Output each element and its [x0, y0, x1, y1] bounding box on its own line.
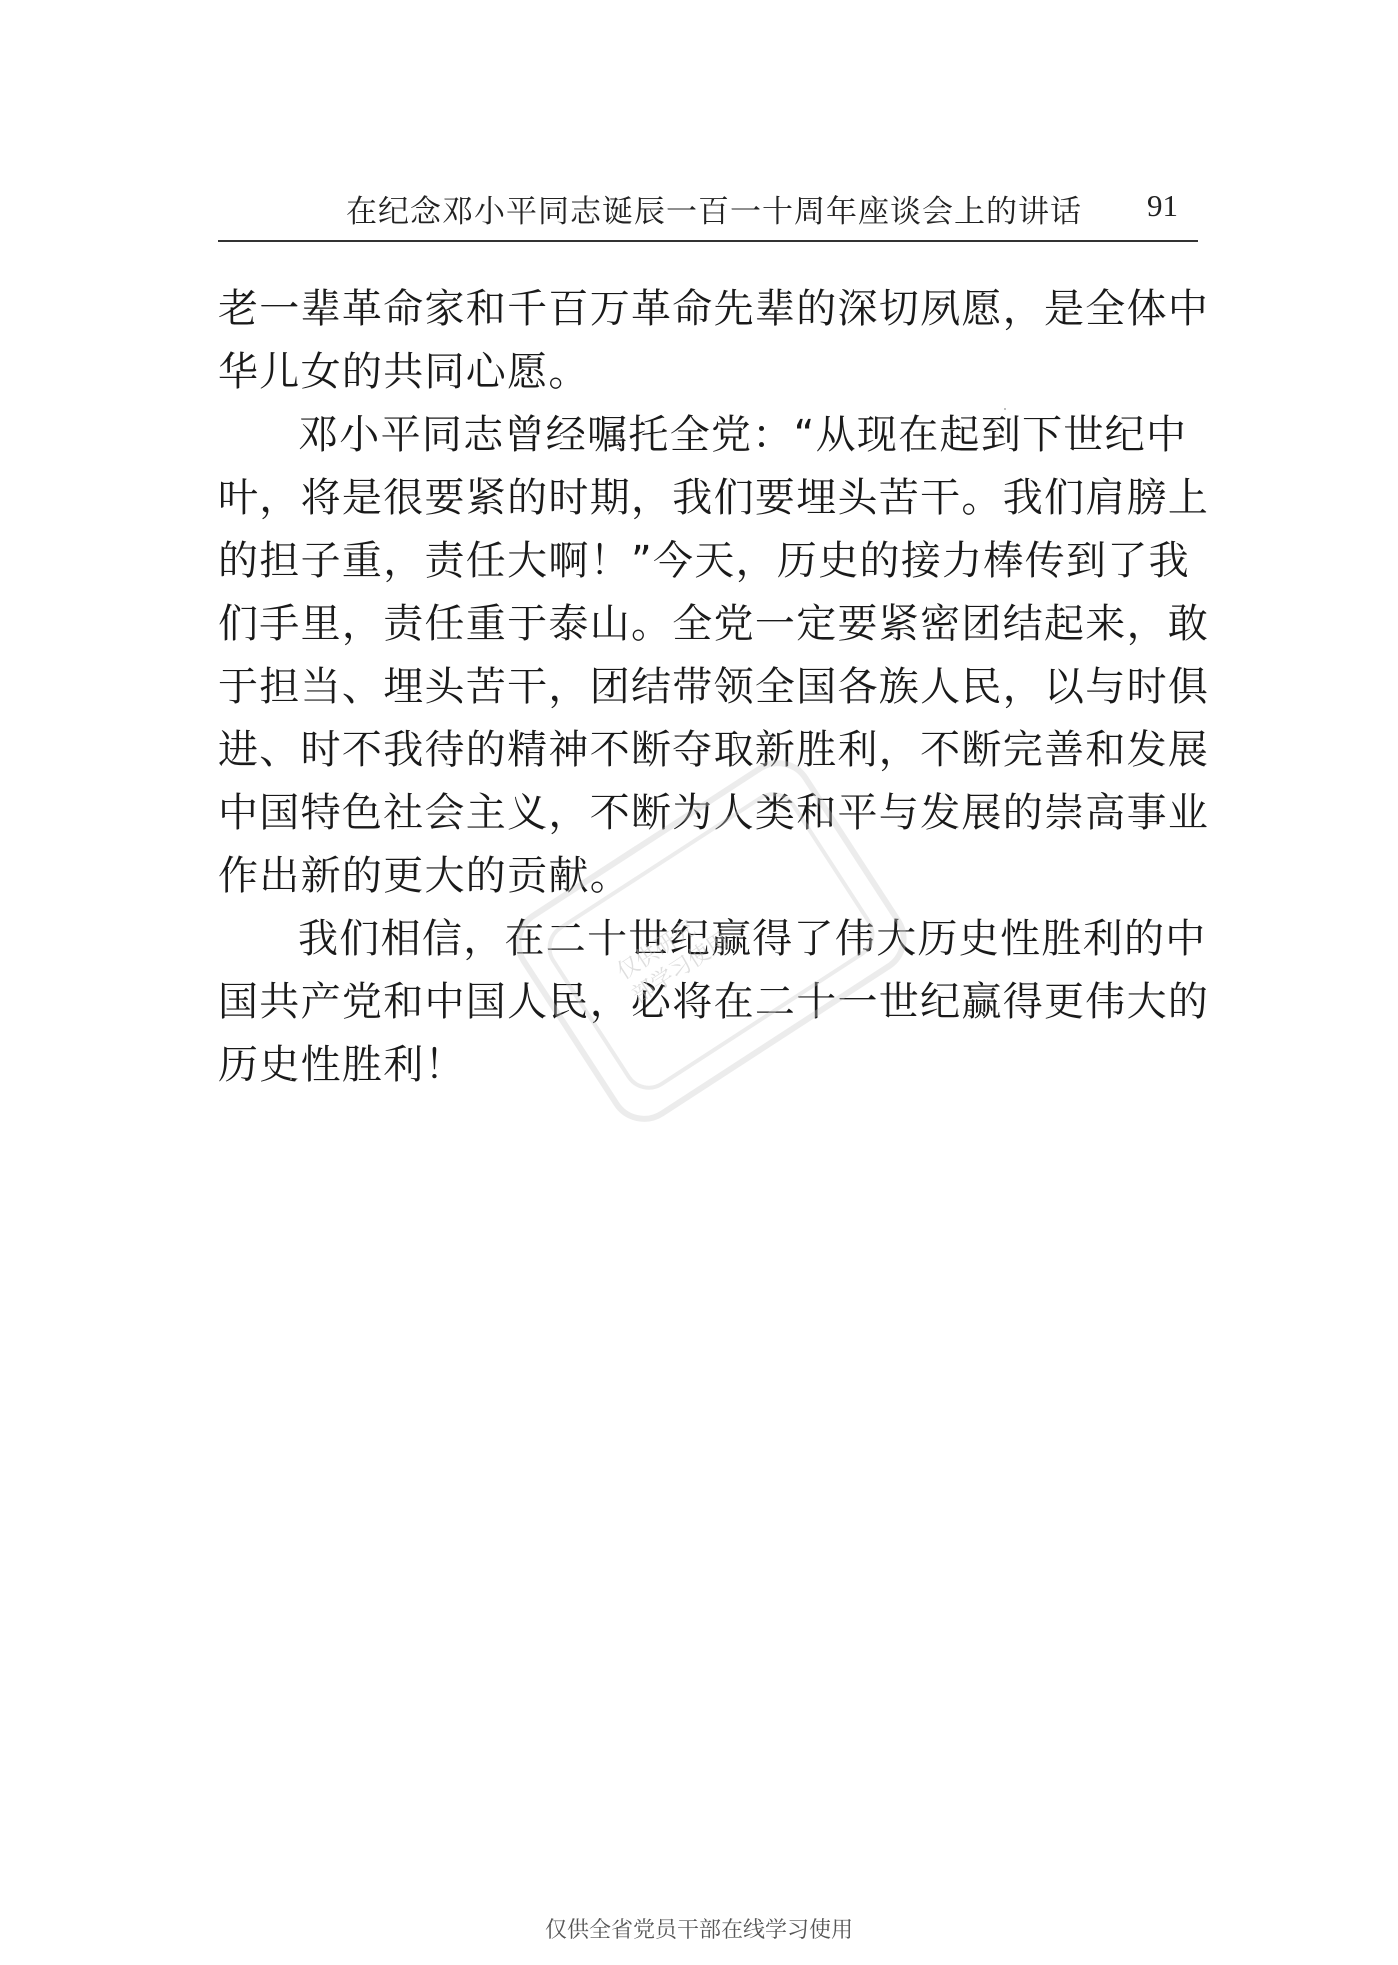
- scan-speck: [290, 1078, 292, 1080]
- page-number: 91: [1147, 188, 1178, 224]
- text-line: 们手里，责任重于泰山。全党一定要紧密团结起来，敢: [218, 593, 1198, 656]
- footer-notice: 仅供全省党员干部在线学习使用: [0, 1913, 1398, 1944]
- scan-speck: [1004, 408, 1006, 410]
- text-line: 历史性胜利！: [218, 1034, 1198, 1097]
- text-line: 国共产党和中国人民，必将在二十一世纪赢得更伟大的: [218, 971, 1198, 1034]
- header-rule-divider: [218, 240, 1198, 242]
- text-line: 的担子重，责任大啊！”今天，历史的接力棒传到了我: [218, 530, 1198, 593]
- text-line: 邓小平同志曾经嘱托全党：“从现在起到下世纪中: [218, 404, 1198, 467]
- text-line: 老一辈革命家和千百万革命先辈的深切夙愿，是全体中: [218, 278, 1198, 341]
- text-line: 进、时不我待的精神不断夺取新胜利，不断完善和发展: [218, 719, 1198, 782]
- text-line: 中国特色社会主义，不断为人类和平与发展的崇高事业: [218, 782, 1198, 845]
- text-line: 于担当、埋头苦干，团结带领全国各族人民，以与时俱: [218, 656, 1198, 719]
- running-header: 在纪念邓小平同志诞辰一百一十周年座谈会上的讲话 91: [218, 180, 1198, 240]
- text-line: 叶，将是很要紧的时期，我们要埋头苦干。我们肩膀上: [218, 467, 1198, 530]
- body-text: 老一辈革命家和千百万革命先辈的深切夙愿，是全体中 华儿女的共同心愿。 邓小平同志…: [218, 278, 1198, 1097]
- running-header-title: 在纪念邓小平同志诞辰一百一十周年座谈会上的讲话: [346, 186, 1082, 231]
- text-line: 作出新的更大的贡献。: [218, 845, 1198, 908]
- text-line: 华儿女的共同心愿。: [218, 341, 1198, 404]
- text-line: 我们相信，在二十世纪赢得了伟大历史性胜利的中: [218, 908, 1198, 971]
